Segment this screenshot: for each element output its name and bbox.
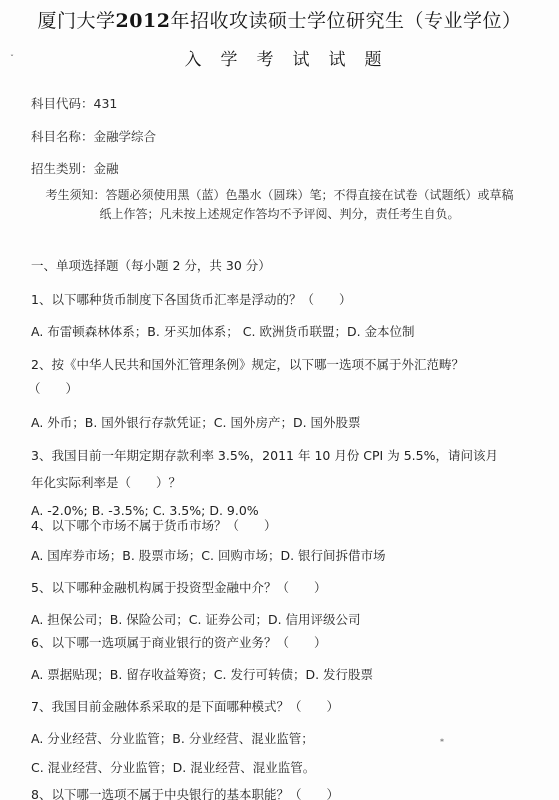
scan-speck: ˇ bbox=[10, 54, 14, 63]
question-line: 6、以下哪一选项属于商业银行的资产业务？（ ） bbox=[31, 633, 326, 651]
subject-code: 科目代码：431 bbox=[31, 94, 117, 112]
exam-title: 厦门大学2012年招收攻读硕士学位研究生（专业学位） bbox=[0, 6, 559, 33]
options-line: A. 担保公司；B. 保险公司；C. 证券公司；D. 信用评级公司 bbox=[31, 610, 361, 628]
question-line: 年化实际利率是（ ）？ bbox=[31, 473, 181, 491]
options-line: A. 外币；B. 国外银行存款凭证；C. 国外房产；D. 国外股票 bbox=[31, 413, 361, 431]
question-line: 8、以下哪一选项不属于中央银行的基本职能？（ ） bbox=[31, 785, 339, 800]
enroll-category-value: 金融 bbox=[94, 161, 119, 176]
subject-code-value: 431 bbox=[94, 96, 118, 111]
question-line: （ ） bbox=[28, 379, 78, 397]
subject-name: 科目名称：金融学综合 bbox=[31, 127, 156, 145]
exam-subtitle: 入学考试试题 bbox=[0, 45, 559, 70]
candidate-notice: 考生须知：答题必须使用黑（蓝）色墨水（圆珠）笔；不得直接在试卷（试题纸）或草稿 … bbox=[0, 186, 559, 224]
enroll-category-label: 招生类别： bbox=[31, 161, 94, 176]
exam-page: 厦门大学2012年招收攻读硕士学位研究生（专业学位） 入学考试试题 ˇ 科目代码… bbox=[0, 0, 559, 800]
options-line: C. 混业经营、分业监管；D. 混业经营、混业监管。 bbox=[31, 758, 315, 776]
question-line: 2、按《中华人民共和国外汇管理条例》规定，以下哪一选项不属于外汇范畴？ bbox=[31, 355, 464, 373]
subject-code-label: 科目代码： bbox=[31, 96, 94, 111]
question-line: 3、我国目前一年期定期存款利率 3.5%，2011 年 10 月份 CPI 为 … bbox=[31, 446, 498, 464]
title-year: 2012 bbox=[116, 10, 171, 32]
enroll-category: 招生类别：金融 bbox=[31, 159, 119, 177]
options-line: A. 分业经营、分业监管；B. 分业经营、混业监管； bbox=[31, 729, 314, 747]
section-heading: 一、单项选择题（每小题 2 分，共 30 分） bbox=[31, 256, 271, 274]
question-line: 4、以下哪个市场不属于货币市场？（ ） bbox=[31, 516, 276, 534]
title-university: 厦门大学 bbox=[38, 10, 116, 32]
notice-line-1: 考生须知：答题必须使用黑（蓝）色墨水（圆珠）笔；不得直接在试卷（试题纸）或草稿 bbox=[0, 186, 559, 205]
notice-line-2: 纸上作答；凡未按上述规定作答均不予评阅、判分，责任考生自负。 bbox=[0, 205, 559, 224]
options-line: A. 票据贴现；B. 留存收益筹资；C. 发行可转债；D. 发行股票 bbox=[31, 665, 373, 683]
options-line: A. 布雷顿森林体系；B. 牙买加体系； C. 欧洲货币联盟；D. 金本位制 bbox=[31, 322, 415, 340]
subject-name-value: 金融学综合 bbox=[94, 129, 157, 144]
question-line: 7、我国目前金融体系采取的是下面哪种模式？（ ） bbox=[31, 697, 339, 715]
scan-speck: ⁎ bbox=[440, 735, 444, 744]
options-line: A. 国库券市场；B. 股票市场；C. 回购市场；D. 银行间拆借市场 bbox=[31, 546, 386, 564]
question-line: 5、以下哪种金融机构属于投资型金融中介？（ ） bbox=[31, 578, 326, 596]
title-suffix: 年招收攻读硕士学位研究生（专业学位） bbox=[170, 10, 521, 32]
question-line: 1、以下哪种货币制度下各国货币汇率是浮动的？（ ） bbox=[31, 290, 351, 308]
subject-name-label: 科目名称： bbox=[31, 129, 94, 144]
